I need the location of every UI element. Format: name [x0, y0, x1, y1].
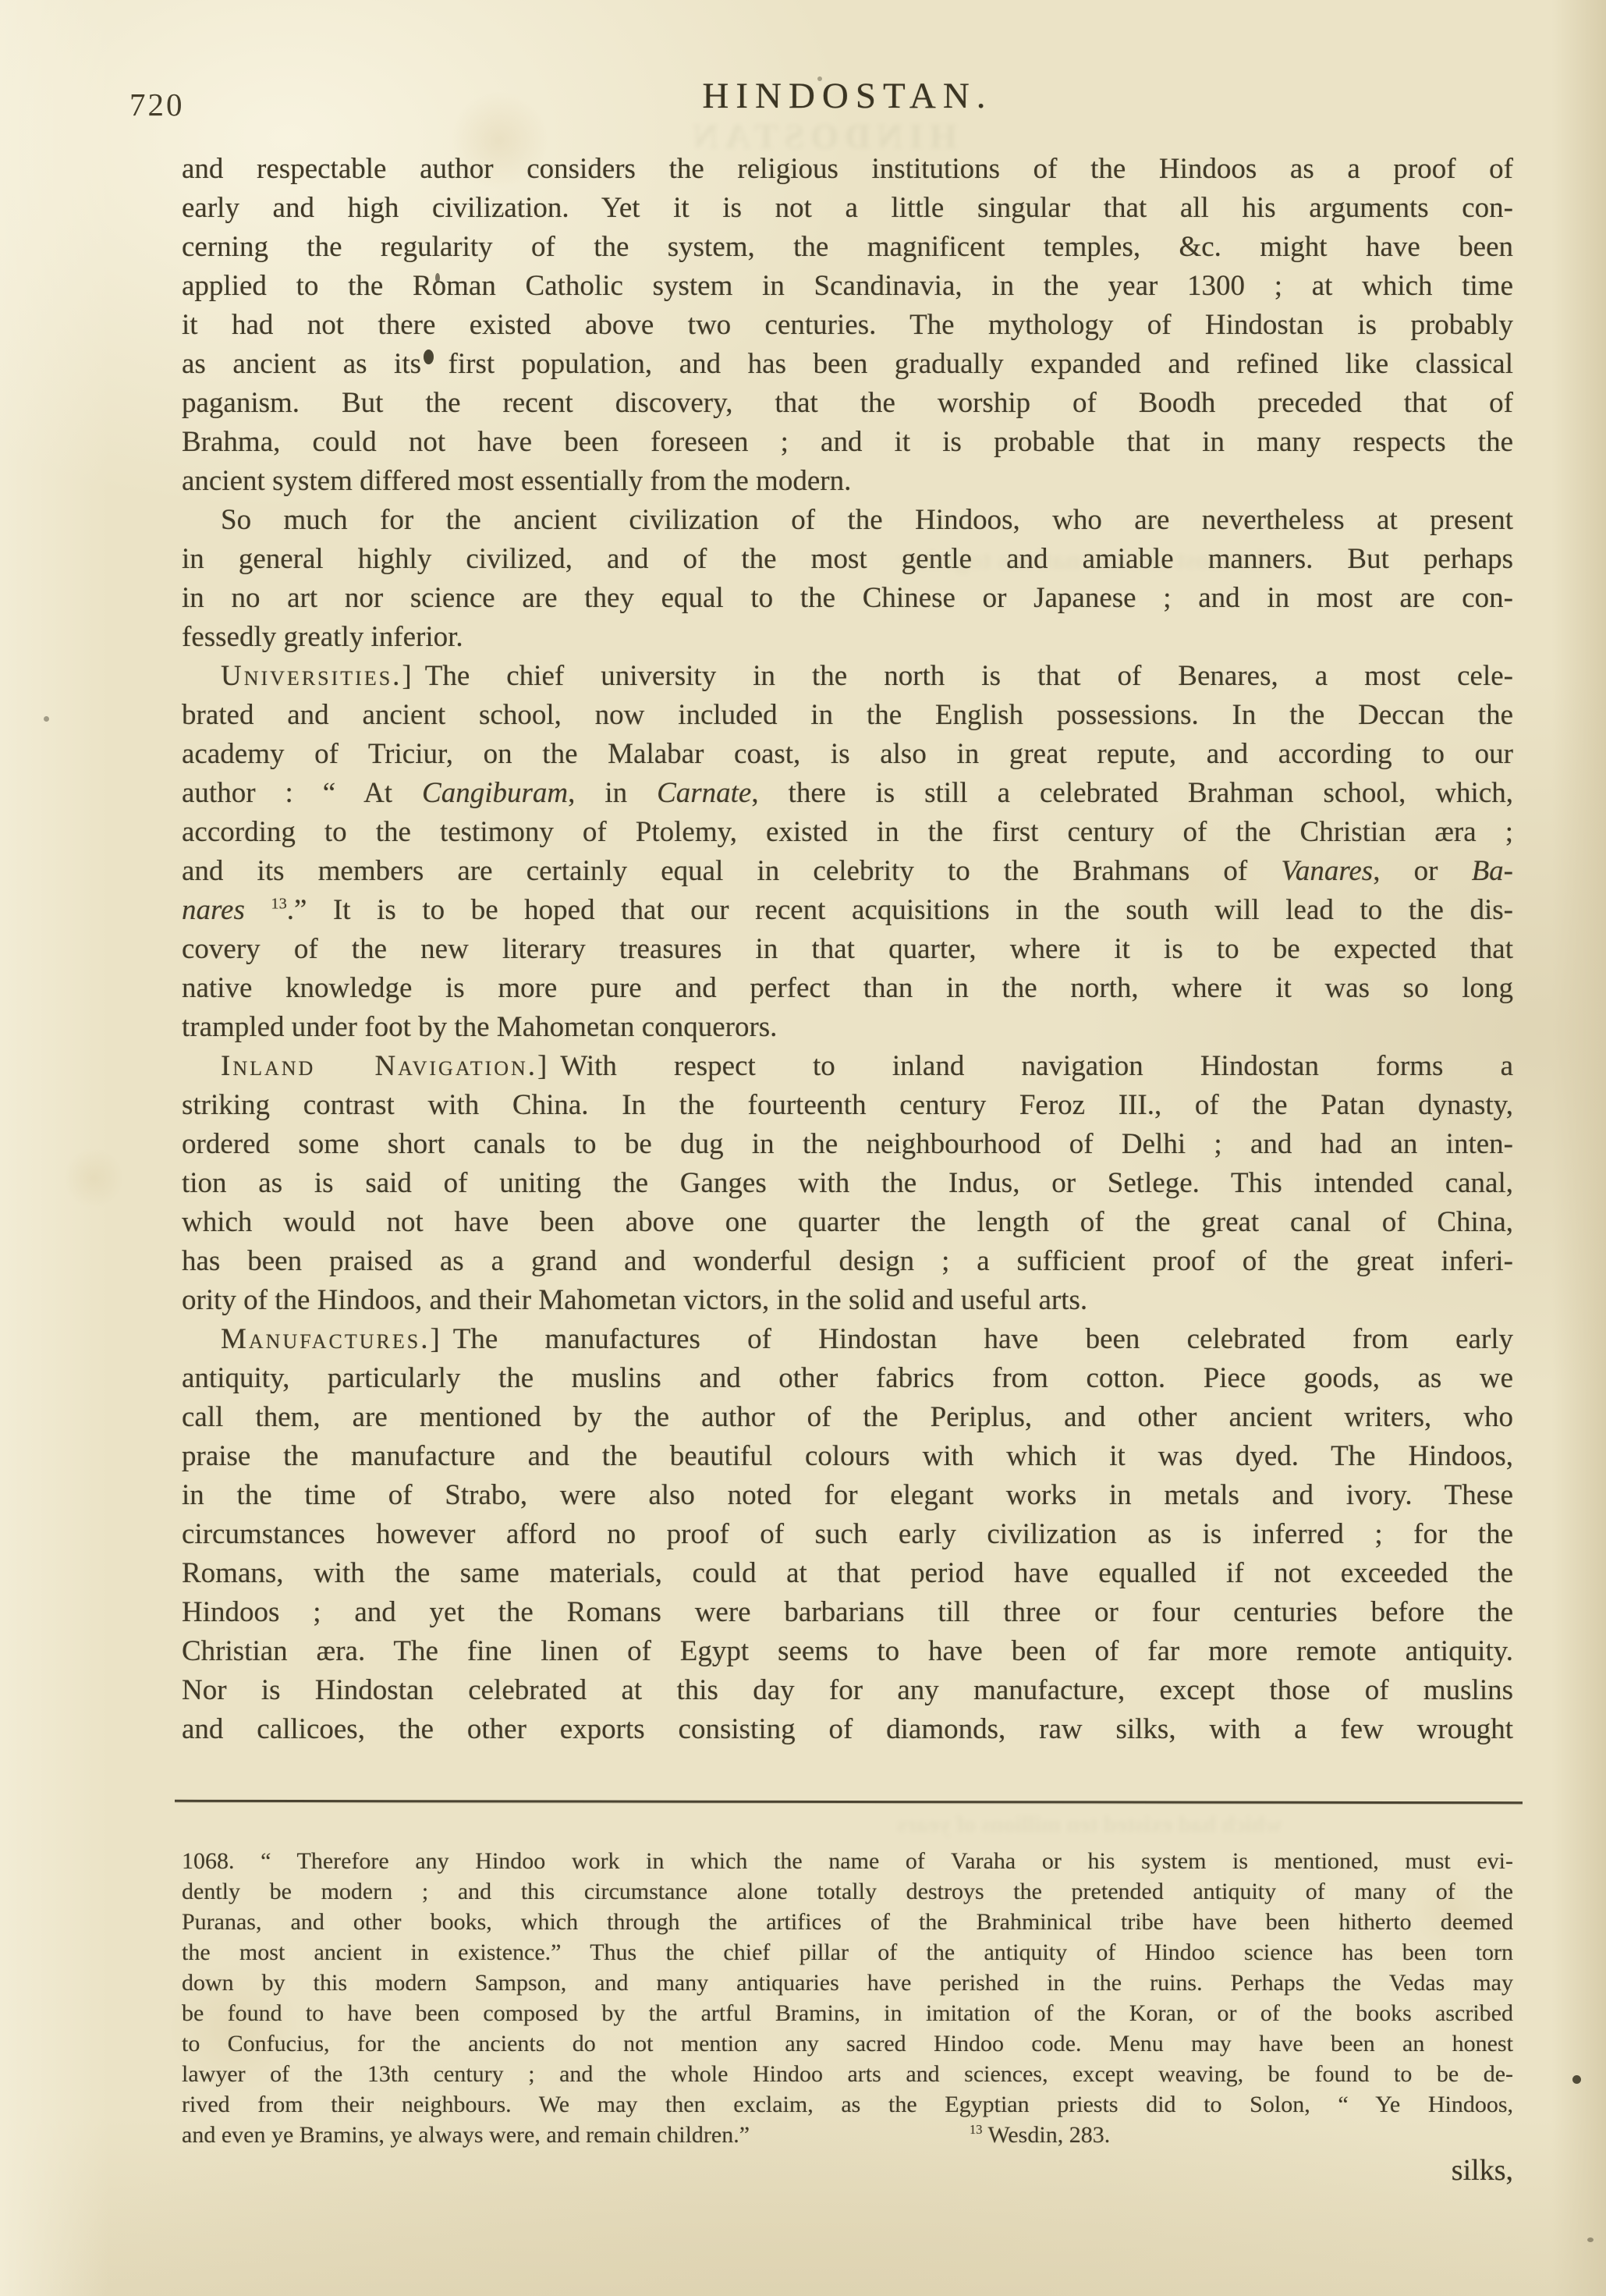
- text-segment: down by this modern Sampson, and many an…: [182, 1970, 1513, 1996]
- text-line: striking contrast with China. In the fou…: [182, 1086, 1513, 1125]
- text-segment: , in: [568, 777, 657, 809]
- text-line: ority of the Hindoos, and their Mahometa…: [182, 1281, 1513, 1320]
- text-line: down by this modern Sampson, and many an…: [182, 1968, 1513, 1998]
- text-line: Manufactures.]The manufactures of Hindos…: [182, 1320, 1513, 1359]
- text-line: Nor is Hindostan celebrated at this day …: [182, 1671, 1513, 1710]
- text-segment: 1068. “ Therefore any Hindoo work in whi…: [182, 1848, 1513, 1874]
- text-segment: native knowledge is more pure and perfec…: [182, 972, 1513, 1004]
- text-segment: call them, are mentioned by the author o…: [182, 1401, 1513, 1433]
- text-line: Romans, with the same materials, could a…: [182, 1554, 1513, 1593]
- footnote: 1068. “ Therefore any Hindoo work in whi…: [182, 1846, 1513, 2150]
- text-segment: The manufactures of Hindostan have been …: [453, 1323, 1513, 1355]
- ink-speck: [424, 350, 434, 364]
- text-segment: it had not there existed above two centu…: [182, 309, 1513, 341]
- body-text: and respectable author considers the rel…: [182, 150, 1513, 1749]
- text-line: call them, are mentioned by the author o…: [182, 1398, 1513, 1437]
- text-segment: and respectable author considers the rel…: [182, 153, 1513, 185]
- text-line: native knowledge is more pure and perfec…: [182, 969, 1513, 1008]
- ink-speck: [435, 273, 440, 282]
- text-segment: covery of the new literary treasures in …: [182, 933, 1513, 965]
- text-segment: Brahma, could not have been foreseen ; a…: [182, 426, 1513, 458]
- footnote-marker: 13: [970, 2122, 983, 2137]
- text-line: in the time of Strabo, were also noted f…: [182, 1476, 1513, 1515]
- text-segment: in no art nor science are they equal to …: [182, 582, 1513, 614]
- footnote-citation: 13 Wesdin, 283.: [970, 2120, 1110, 2150]
- text-segment: .” It is to be hoped that our recent acq…: [287, 894, 1513, 926]
- text-segment: which would not have been above one quar…: [182, 1206, 1513, 1238]
- text-segment: , there is still a celebrated Brahman sc…: [751, 777, 1513, 809]
- text-segment: and even ye Bramins, ye always were, and…: [182, 2122, 750, 2148]
- text-segment: [245, 894, 271, 926]
- text-line: in no art nor science are they equal to …: [182, 579, 1513, 618]
- text-segment: ordered some short canals to be dug in t…: [182, 1128, 1513, 1160]
- text-segment: dently be modern ; and this circumstance…: [182, 1879, 1513, 1904]
- text-line: 1068. “ Therefore any Hindoo work in whi…: [182, 1846, 1513, 1876]
- text-segment: rived from their neighbours. We may then…: [182, 2092, 1513, 2117]
- text-segment: With respect to inland navigation Hindos…: [560, 1050, 1513, 1082]
- text-segment: Ba-: [1472, 855, 1513, 887]
- text-line: antiquity, particularly the muslins and …: [182, 1359, 1513, 1398]
- text-line: brated and ancient school, now included …: [182, 696, 1513, 735]
- section-heading: Universities.]: [221, 660, 414, 692]
- text-segment: So much for the ancient civilization of …: [221, 504, 1513, 536]
- text-segment: Carnate: [657, 777, 751, 809]
- text-segment: and callicoes, the other exports consist…: [182, 1713, 1513, 1745]
- page-number: 720: [129, 86, 185, 123]
- paragraph: So much for the ancient civilization of …: [182, 501, 1513, 657]
- text-segment: be found to have been composed by the ar…: [182, 2000, 1513, 2026]
- running-title: HINDOSTAN.: [182, 75, 1513, 117]
- text-line: covery of the new literary treasures in …: [182, 930, 1513, 969]
- text-segment: Nor is Hindostan celebrated at this day …: [182, 1674, 1513, 1706]
- text-line: Puranas, and other books, which through …: [182, 1907, 1513, 1937]
- text-segment: the most ancient in existence.” Thus the…: [182, 1939, 1513, 1965]
- text-segment: has been praised as a grand and wonderfu…: [182, 1245, 1513, 1277]
- text-segment: early and high civilization. Yet it is n…: [182, 192, 1513, 224]
- text-segment: brated and ancient school, now included …: [182, 699, 1513, 731]
- text-segment: striking contrast with China. In the fou…: [182, 1089, 1513, 1121]
- text-segment: author : “ At: [182, 777, 422, 809]
- ink-speck: [1572, 2075, 1581, 2084]
- text-segment: to Confucius, for the ancients do not me…: [182, 2031, 1513, 2056]
- footnote-rule: [175, 1800, 1523, 1804]
- section-heading: Manufactures.]: [221, 1323, 442, 1355]
- footnote-text: and even ye Bramins, ye always were, and…: [182, 2122, 750, 2148]
- text-line: ordered some short canals to be dug in t…: [182, 1125, 1513, 1164]
- ink-speck: [1587, 2237, 1594, 2242]
- text-line: paganism. But the recent discovery, that…: [182, 384, 1513, 423]
- text-line: applied to the Roman Catholic system in …: [182, 267, 1513, 306]
- text-segment: , or: [1373, 855, 1471, 887]
- text-line: academy of Triciur, on the Malabar coast…: [182, 735, 1513, 774]
- text-line: and respectable author considers the rel…: [182, 150, 1513, 189]
- paragraph: Manufactures.]The manufactures of Hindos…: [182, 1320, 1513, 1749]
- text-segment: in the time of Strabo, were also noted f…: [182, 1479, 1513, 1511]
- text-line: dently be modern ; and this circumstance…: [182, 1876, 1513, 1907]
- text-line: Inland Navigation.]With respect to inlan…: [182, 1047, 1513, 1086]
- text-segment: Puranas, and other books, which through …: [182, 1909, 1513, 1935]
- text-line: as ancient as its first population, and …: [182, 345, 1513, 384]
- text-line: circumstances however afford no proof of…: [182, 1515, 1513, 1554]
- text-line: rived from their neighbours. We may then…: [182, 2089, 1513, 2120]
- text-line: Brahma, could not have been foreseen ; a…: [182, 423, 1513, 462]
- text-segment: nares: [182, 894, 245, 926]
- paragraph: and respectable author considers the rel…: [182, 150, 1513, 501]
- text-segment: ancient system differed most essentially…: [182, 465, 851, 497]
- text-line: in general highly civilized, and of the …: [182, 540, 1513, 579]
- text-segment: Hindoos ; and yet the Romans were barbar…: [182, 1596, 1513, 1628]
- text-segment: tion as is said of uniting the Ganges wi…: [182, 1167, 1513, 1199]
- text-line: Universities.]The chief university in th…: [182, 657, 1513, 696]
- text-line: Christian æra. The fine linen of Egypt s…: [182, 1632, 1513, 1671]
- text-segment: fessedly greatly inferior.: [182, 621, 463, 653]
- text-line: Hindoos ; and yet the Romans were barbar…: [182, 1593, 1513, 1632]
- text-line: fessedly greatly inferior.: [182, 618, 1513, 657]
- text-segment: according to the testimony of Ptolemy, e…: [182, 816, 1513, 848]
- text-line: has been praised as a grand and wonderfu…: [182, 1242, 1513, 1281]
- paragraph: Universities.]The chief university in th…: [182, 657, 1513, 1047]
- ink-speck: [817, 76, 822, 81]
- text-line: cerning the regularity of the system, th…: [182, 228, 1513, 267]
- text-line: be found to have been composed by the ar…: [182, 1998, 1513, 2028]
- text-line: which would not have been above one quar…: [182, 1203, 1513, 1242]
- text-line: trampled under foot by the Mahometan con…: [182, 1008, 1513, 1047]
- text-line: nares 13.” It is to be hoped that our re…: [182, 891, 1513, 930]
- text-segment: Vanares: [1281, 855, 1373, 887]
- text-line: So much for the ancient civilization of …: [182, 501, 1513, 540]
- text-line: and its members are certainly equal in c…: [182, 852, 1513, 891]
- text-segment: ority of the Hindoos, and their Mahometa…: [182, 1284, 1087, 1316]
- text-line: according to the testimony of Ptolemy, e…: [182, 813, 1513, 852]
- text-line: and callicoes, the other exports consist…: [182, 1710, 1513, 1749]
- paragraph: Inland Navigation.]With respect to inlan…: [182, 1047, 1513, 1320]
- text-segment: The chief university in the north is tha…: [425, 660, 1513, 692]
- text-line: early and high civilization. Yet it is n…: [182, 189, 1513, 228]
- text-segment: as ancient as its first population, and …: [182, 348, 1513, 380]
- text-line: it had not there existed above two centu…: [182, 306, 1513, 345]
- text-line: the most ancient in existence.” Thus the…: [182, 1937, 1513, 1968]
- text-line: and even ye Bramins, ye always were, and…: [182, 2120, 1513, 2150]
- text-segment: in general highly civilized, and of the …: [182, 543, 1513, 575]
- text-segment: Romans, with the same materials, could a…: [182, 1557, 1513, 1589]
- text-segment: cerning the regularity of the system, th…: [182, 231, 1513, 263]
- text-segment: antiquity, particularly the muslins and …: [182, 1362, 1513, 1394]
- text-segment: Wesdin, 283.: [983, 2122, 1111, 2148]
- text-line: tion as is said of uniting the Ganges wi…: [182, 1164, 1513, 1203]
- text-segment: circumstances however afford no proof of…: [182, 1518, 1513, 1550]
- text-line: author : “ At Cangiburam, in Carnate, th…: [182, 774, 1513, 813]
- footnote-marker: 13: [271, 896, 286, 913]
- text-segment: lawyer of the 13th century ; and the who…: [182, 2061, 1513, 2087]
- text-line: praise the manufacture and the beautiful…: [182, 1437, 1513, 1476]
- text-line: lawyer of the 13th century ; and the who…: [182, 2059, 1513, 2089]
- text-line: ancient system differed most essentially…: [182, 462, 1513, 501]
- book-page: HINDOSTAN which had existed ten millions…: [0, 0, 1606, 2296]
- show-through-text: which had existed ten millions of years: [897, 1812, 1282, 1838]
- text-segment: Cangiburam: [422, 777, 568, 809]
- catchword: silks,: [182, 2153, 1513, 2188]
- text-segment: and its members are certainly equal in c…: [182, 855, 1281, 887]
- text-segment: trampled under foot by the Mahometan con…: [182, 1011, 777, 1043]
- ink-speck: [44, 716, 49, 722]
- text-segment: paganism. But the recent discovery, that…: [182, 387, 1513, 419]
- text-segment: praise the manufacture and the beautiful…: [182, 1440, 1513, 1472]
- text-line: to Confucius, for the ancients do not me…: [182, 2028, 1513, 2059]
- section-heading: Inland Navigation.]: [221, 1050, 549, 1082]
- text-segment: applied to the Roman Catholic system in …: [182, 270, 1513, 302]
- text-segment: academy of Triciur, on the Malabar coast…: [182, 738, 1513, 770]
- text-segment: Christian æra. The fine linen of Egypt s…: [182, 1635, 1513, 1667]
